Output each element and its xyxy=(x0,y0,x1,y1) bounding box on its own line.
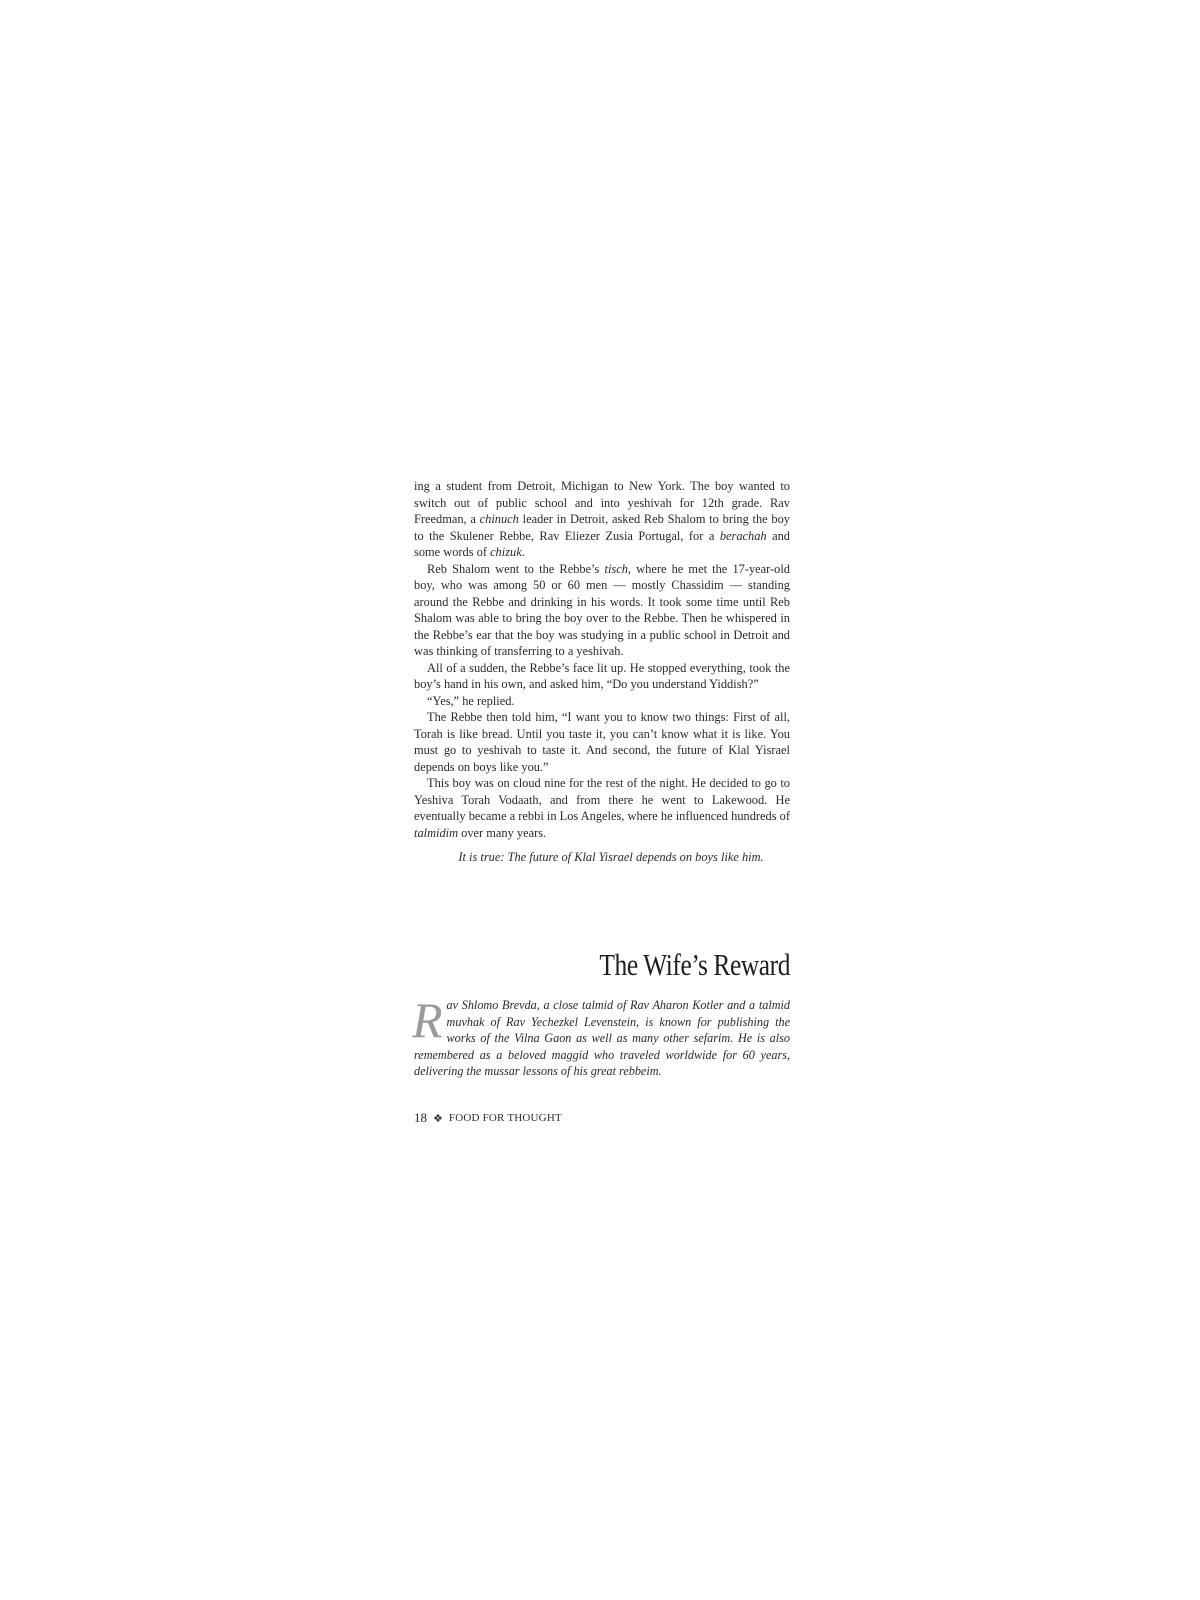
text-segment: “Yes,” he replied. xyxy=(427,694,515,708)
text-segment: Reb Shalom went to the Rebbe’s xyxy=(427,562,605,576)
page-number: 18 xyxy=(414,1110,427,1126)
drop-cap: R xyxy=(412,999,443,1039)
italic-term: chinuch xyxy=(480,512,519,526)
section-title: The Wife’s Reward xyxy=(482,948,790,982)
running-head: FOOD FOR THOUGHT xyxy=(449,1112,562,1124)
italic-term: talmidim xyxy=(414,826,458,840)
text-segment: . xyxy=(522,545,525,559)
paragraph: Reb Shalom went to the Rebbe’s tisch, wh… xyxy=(414,561,790,660)
italic-term: tisch xyxy=(605,562,628,576)
paragraph: All of a sudden, the Rebbe’s face lit up… xyxy=(414,660,790,693)
closing-line: It is true: The future of Klal Yisrael d… xyxy=(414,849,790,866)
paragraph: The Rebbe then told him, “I want you to … xyxy=(414,709,790,775)
text-segment: The Rebbe then told him, “I want you to … xyxy=(414,710,790,774)
text-segment: over many years. xyxy=(458,826,546,840)
page-footer: 18 ❖ FOOD FOR THOUGHT xyxy=(414,1110,562,1126)
paragraph: This boy was on cloud nine for the rest … xyxy=(414,775,790,841)
text-segment: All of a sudden, the Rebbe’s face lit up… xyxy=(414,661,790,692)
paragraph: “Yes,” he replied. xyxy=(414,693,790,710)
text-segment: This boy was on cloud nine for the rest … xyxy=(414,776,790,823)
intro-text: av Shlomo Brevda, a close talmid of Rav … xyxy=(414,998,790,1078)
paragraph: ing a student from Detroit, Michigan to … xyxy=(414,478,790,561)
section-intro: Rav Shlomo Brevda, a close talmid of Rav… xyxy=(414,997,790,1080)
italic-term: chizuk xyxy=(490,545,522,559)
body-text: ing a student from Detroit, Michigan to … xyxy=(414,478,790,866)
italic-term: berachah xyxy=(720,529,767,543)
ornament-icon: ❖ xyxy=(433,1112,443,1125)
